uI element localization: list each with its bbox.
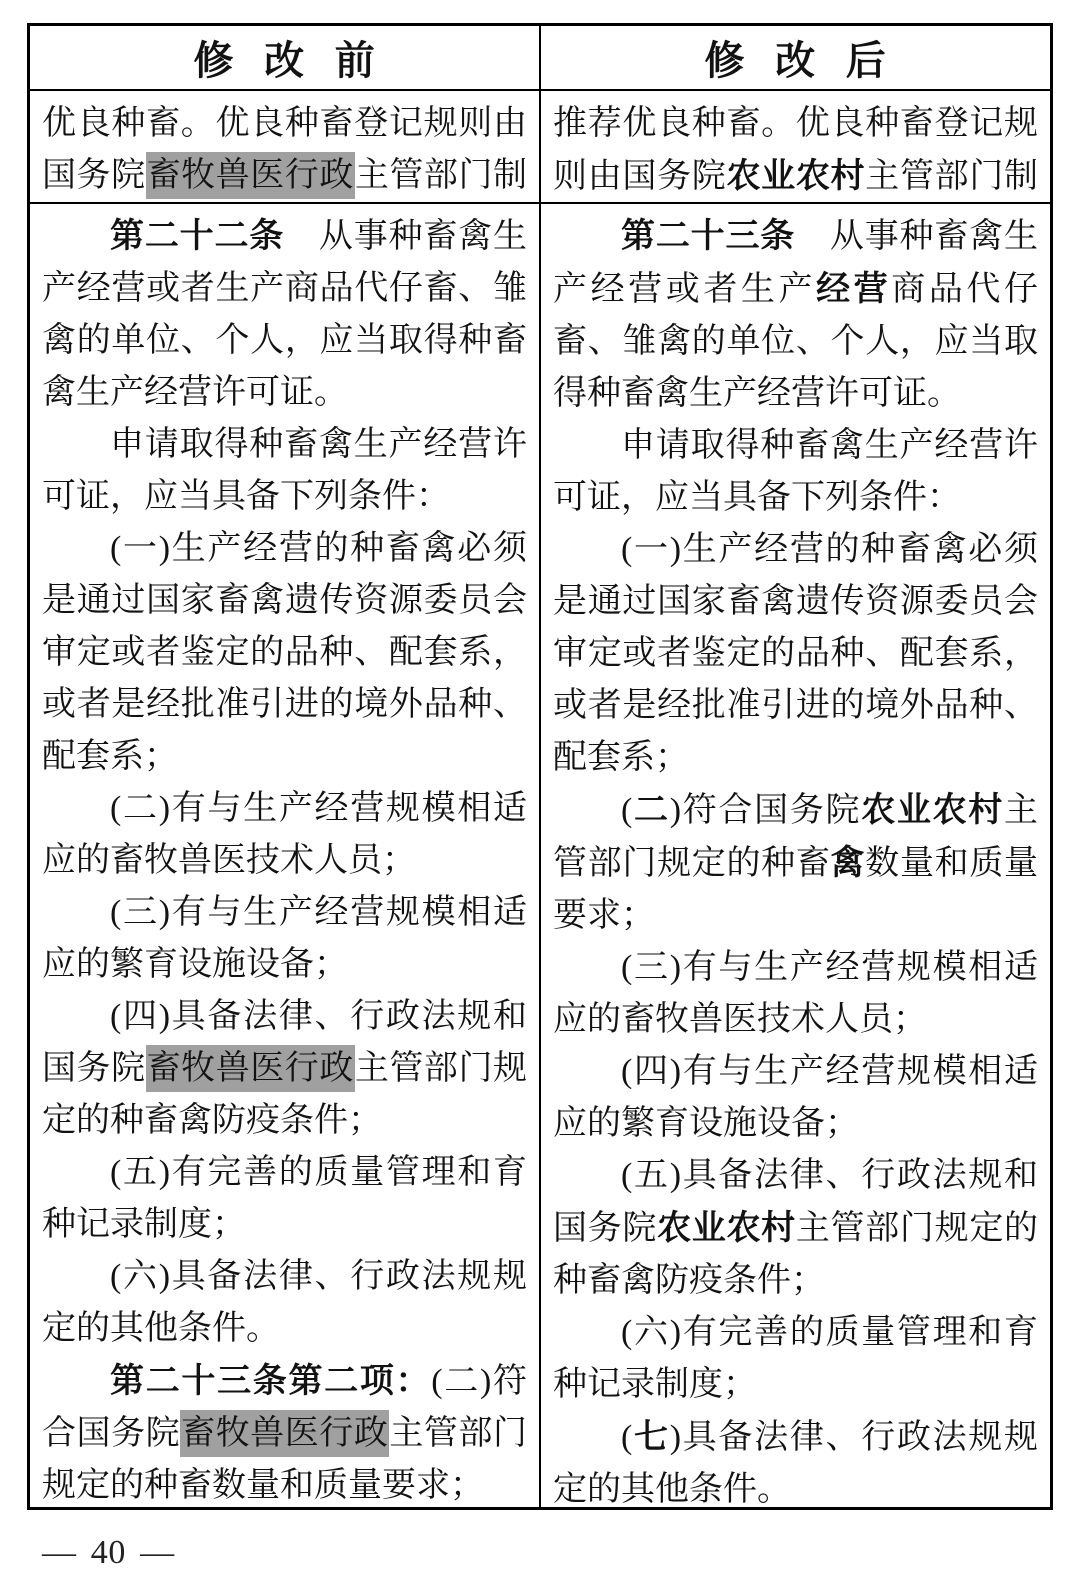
footer-dash-right: —	[140, 1534, 175, 1571]
cell-after-articles: 第二十三条 从事种畜禽生产经营或者生产经营商品代仔畜、雏禽的单位、个人，应当取得…	[541, 204, 1050, 1507]
paragraph: (三)有与生产经营规模相适应的畜牧兽医技术人员；	[553, 942, 1038, 1046]
cell-before-intro: 优良种畜。优良种畜登记规则由国务院畜牧兽医行政主管部门制定。	[30, 91, 541, 202]
bold-inserted-text: 农业农村	[657, 1209, 796, 1247]
paragraph: 第二十二条 从事种畜禽生产经营或者生产商品代仔畜、雏禽的单位、个人，应当取得种畜…	[42, 210, 527, 419]
paragraph: (二)有与生产经营规模相适应的畜牧兽医技术人员；	[42, 783, 527, 887]
cell-after-intro: 推荐优良种畜。优良种畜登记规则由国务院农业农村主管部门制定。	[541, 91, 1050, 202]
text-run: (五)有完善的质量管理和育种记录制度；	[42, 1154, 527, 1243]
paragraph: (一)生产经营的种畜禽必须是通过国家畜禽遗传资源委员会审定或者鉴定的品种、配套系…	[42, 523, 527, 783]
text-run: (	[621, 792, 632, 829]
bold-inserted-text: 第二十三条第二项：	[110, 1362, 431, 1400]
bold-inserted-text: 经营	[816, 270, 891, 308]
text-run: (三)有与生产经营规模相适应的繁育设施设备；	[42, 894, 527, 983]
text-run: (三)有与生产经营规模相适应的畜牧兽医技术人员；	[553, 949, 1038, 1038]
bold-inserted-text: 禽	[831, 844, 866, 882]
highlighted-deleted-text: 畜牧兽医行政	[180, 1410, 389, 1457]
paragraph: (七)具备法律、行政法规规定的其他条件。	[553, 1411, 1038, 1507]
text-run: (六)具备法律、行政法规规定的其他条件。	[42, 1258, 527, 1347]
page-number: 40	[91, 1534, 126, 1571]
table-row-articles: 第二十二条 从事种畜禽生产经营或者生产商品代仔畜、雏禽的单位、个人，应当取得种畜…	[30, 204, 1050, 1507]
paragraph: 第二十三条 从事种畜禽生产经营或者生产经营商品代仔畜、雏禽的单位、个人，应当取得…	[553, 210, 1038, 420]
text-run: 申请取得种畜禽生产经营许可证，应当具备下列条件：	[553, 427, 1038, 516]
highlighted-deleted-text: 畜牧兽医行政	[146, 1045, 355, 1092]
paragraph: 申请取得种畜禽生产经营许可证，应当具备下列条件：	[42, 419, 527, 523]
text-run: )符合国务院	[670, 792, 862, 829]
paragraph: 推荐优良种畜。优良种畜登记规则由国务院农业农村主管部门制定。	[553, 98, 1038, 202]
text-run: (一)生产经营的种畜禽必须是通过国家畜禽遗传资源委员会审定或者鉴定的品种、配套系…	[553, 531, 1038, 776]
bold-inserted-text: 第二十二条	[110, 217, 284, 255]
page-footer: —40—	[42, 1534, 175, 1572]
paragraph: (五)有完善的质量管理和育种记录制度；	[42, 1147, 527, 1251]
paragraph: (三)有与生产经营规模相适应的繁育设施设备；	[42, 887, 527, 991]
paragraph: (六)有完善的质量管理和育种记录制度；	[553, 1307, 1038, 1411]
paragraph: 第二十三条第二项：(二)符合国务院畜牧兽医行政主管部门规定的种畜数量和质量要求；	[42, 1355, 527, 1507]
text-run: (六)有完善的质量管理和育种记录制度；	[553, 1314, 1038, 1403]
column-header-after-revision: 修 改 后	[541, 26, 1050, 89]
table-header-row: 修 改 前 修 改 后	[30, 26, 1050, 91]
text-run: (四)有与生产经营规模相适应的繁育设施设备；	[553, 1053, 1038, 1142]
column-header-before-revision: 修 改 前	[30, 26, 541, 89]
paragraph: 优良种畜。优良种畜登记规则由国务院畜牧兽医行政主管部门制定。	[42, 98, 527, 202]
paragraph: (四)具备法律、行政法规和国务院畜牧兽医行政主管部门规定的种畜禽防疫条件；	[42, 991, 527, 1147]
text-run: (一)生产经营的种畜禽必须是通过国家畜禽遗传资源委员会审定或者鉴定的品种、配套系…	[42, 530, 527, 775]
text-run: (二)有与生产经营规模相适应的畜牧兽医技术人员；	[42, 790, 527, 879]
paragraph: (五)具备法律、行政法规和国务院农业农村主管部门规定的种畜禽防疫条件；	[553, 1150, 1038, 1307]
cell-before-articles: 第二十二条 从事种畜禽生产经营或者生产商品代仔畜、雏禽的单位、个人，应当取得种畜…	[30, 204, 541, 1507]
bold-inserted-text: 二	[632, 791, 669, 829]
bold-inserted-text: 农业农村	[861, 791, 1004, 829]
paragraph: (一)生产经营的种畜禽必须是通过国家畜禽遗传资源委员会审定或者鉴定的品种、配套系…	[553, 524, 1038, 784]
highlighted-deleted-text: 畜牧兽医行政	[146, 152, 355, 199]
paragraph: (四)有与生产经营规模相适应的繁育设施设备；	[553, 1046, 1038, 1150]
paragraph: (六)具备法律、行政法规规定的其他条件。	[42, 1251, 527, 1355]
revision-comparison-table: 修 改 前 修 改 后 优良种畜。优良种畜登记规则由国务院畜牧兽医行政主管部门制…	[27, 23, 1053, 1510]
table-row-intro: 优良种畜。优良种畜登记规则由国务院畜牧兽医行政主管部门制定。 推荐优良种畜。优良…	[30, 91, 1050, 204]
text-run: (	[621, 1419, 632, 1456]
bold-inserted-text: 农业农村	[726, 157, 865, 195]
footer-dash-left: —	[42, 1534, 77, 1571]
bold-inserted-text: 七	[632, 1418, 669, 1456]
paragraph: 申请取得种畜禽生产经营许可证，应当具备下列条件：	[553, 420, 1038, 524]
bold-inserted-text: 第二十三条	[621, 217, 795, 255]
paragraph: (二)符合国务院农业农村主管部门规定的种畜禽数量和质量要求；	[553, 784, 1038, 942]
document-page: 修 改 前 修 改 后 优良种畜。优良种畜登记规则由国务院畜牧兽医行政主管部门制…	[0, 0, 1080, 1596]
text-run: 申请取得种畜禽生产经营许可证，应当具备下列条件：	[42, 426, 527, 515]
